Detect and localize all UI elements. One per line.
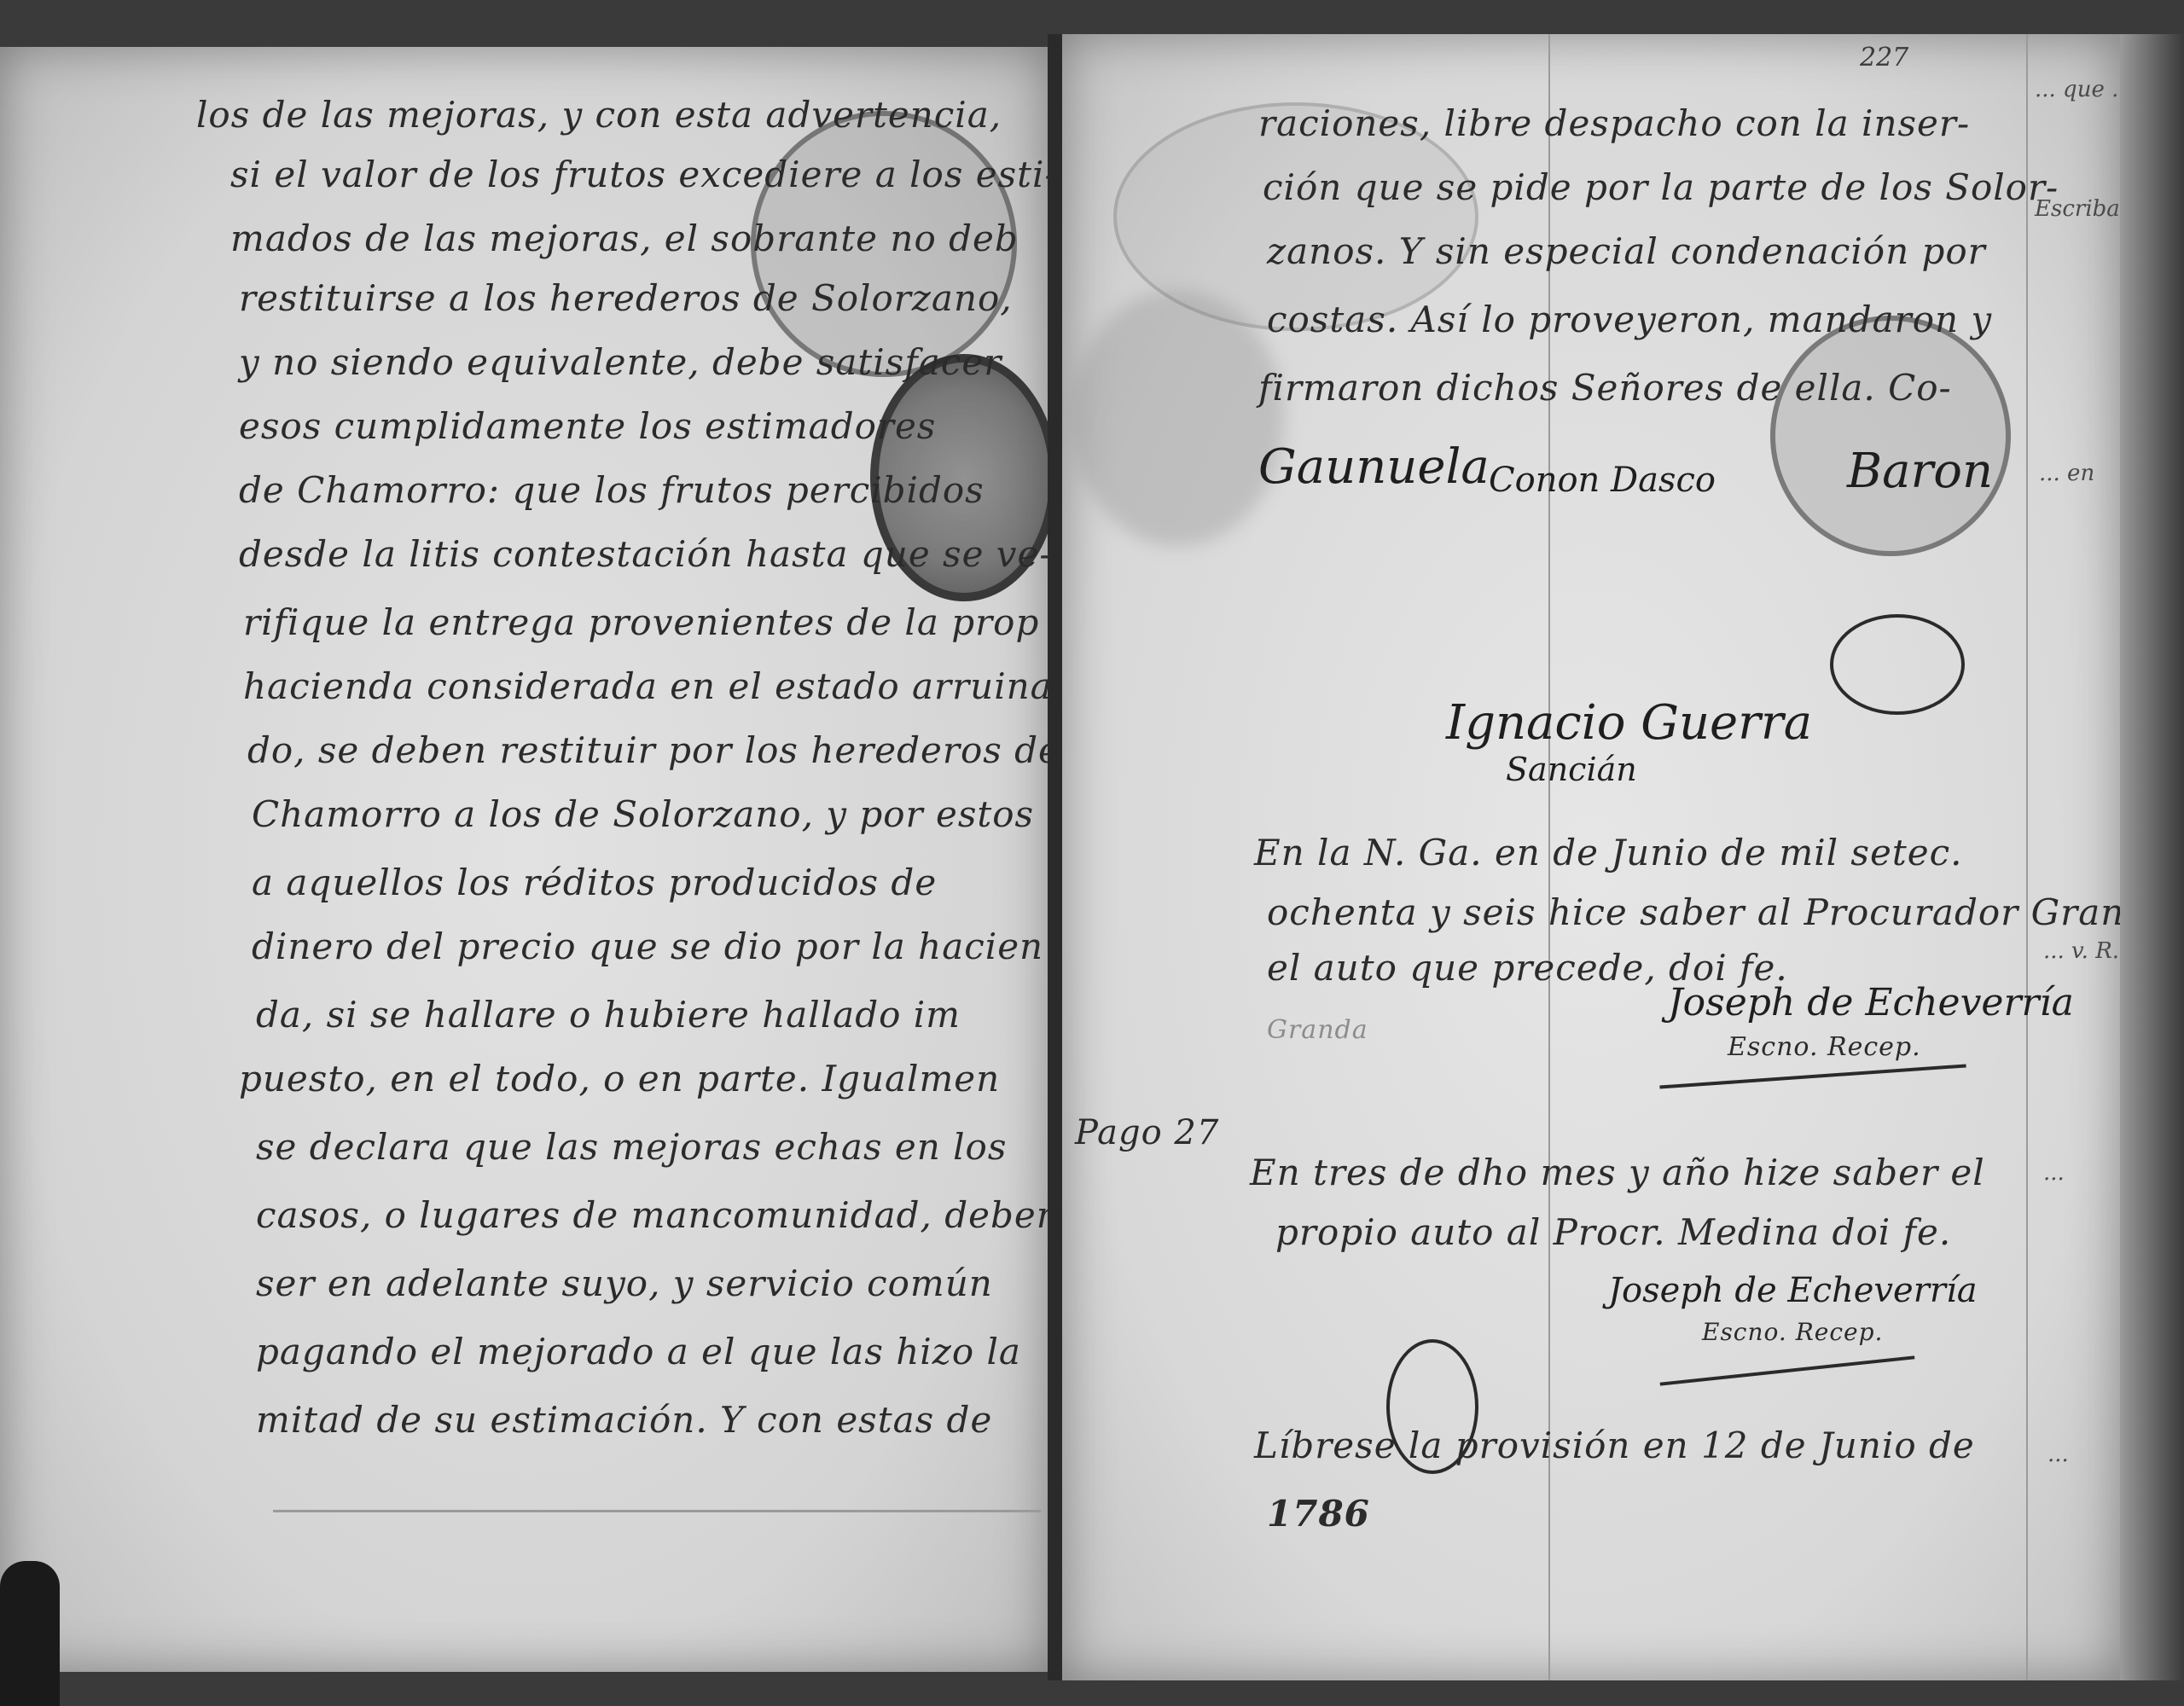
signature-rule xyxy=(1659,1064,1966,1088)
manuscript-line: dinero del precio que se dio por la haci… xyxy=(252,926,1043,967)
manuscript-line: raciones, libre despacho con la inser- xyxy=(1258,102,1970,144)
gutter-note: Pago 27 xyxy=(1075,1113,1219,1152)
stain xyxy=(1071,290,1284,546)
signature: Conon Dasco xyxy=(1489,461,1716,500)
manuscript-line: casos, o lugares de mancomunidad, deben xyxy=(256,1194,1049,1236)
right-page: 227 raciones, libre despacho con la inse… xyxy=(1062,34,2120,1680)
signature: Ignacio Guerra xyxy=(1446,695,1812,751)
manuscript-line: En tres de dho mes y año hize saber el xyxy=(1250,1152,1985,1193)
manuscript-line: desde la litis contestación hasta que se… xyxy=(239,533,1049,575)
margin-note: ... que ... en los ... xyxy=(2035,77,2120,102)
notary-signature: Joseph de Echeverría xyxy=(1608,1271,1978,1310)
seal-stamp xyxy=(1770,316,2011,556)
page-edge xyxy=(2120,34,2184,1680)
left-page: los de las mejoras, y con esta advertenc… xyxy=(0,47,1049,1672)
manuscript-line: puesto, en el todo, o en parte. Igualmen xyxy=(239,1058,1000,1100)
bottom-rule xyxy=(273,1510,1041,1512)
margin-note: Escribanía xyxy=(2035,196,2120,222)
manuscript-line: ción que se pide por la parte de los Sol… xyxy=(1263,166,2059,208)
manuscript-line: ochenta y seis hice saber al Procurador … xyxy=(1267,891,2120,933)
margin-note: ... xyxy=(2047,1442,2069,1467)
manuscript-line: si el valor de los frutos excediere a lo… xyxy=(230,154,1049,195)
signature-rule xyxy=(1660,1355,1915,1385)
manuscript-line: firmaron dichos Señores de ella. Co- xyxy=(1258,367,1952,409)
book-spread: los de las mejoras, y con esta advertenc… xyxy=(0,0,2184,1706)
signature: Baron xyxy=(1847,444,1993,499)
manuscript-line: propio auto al Procr. Medina doi fe. xyxy=(1275,1211,1951,1253)
manuscript-line: rifique la entrega provenientes de la pr… xyxy=(243,601,1039,643)
margin-rule xyxy=(2026,34,2028,1680)
manuscript-line: restituirse a los herederos de Solorzano… xyxy=(239,277,1013,319)
manuscript-line: pagando el mejorado a el que las hizo la xyxy=(256,1331,1021,1372)
manuscript-line: los de las mejoras, y con esta advertenc… xyxy=(196,94,1002,136)
margin-note: ... xyxy=(2043,1160,2065,1186)
signature: Gaunuela xyxy=(1258,439,1490,495)
manuscript-line: esos cumplidamente los estimadores xyxy=(239,405,936,447)
manuscript-line: zanos. Y sin especial condenación por xyxy=(1267,230,1986,272)
manuscript-line: Líbrese la provisión en 12 de Junio de xyxy=(1254,1425,1975,1466)
notary-title: Escno. Recep. xyxy=(1702,1318,1883,1346)
manuscript-line: a aquellos los réditos producidos de xyxy=(252,862,937,903)
manuscript-line: 1786 xyxy=(1267,1493,1370,1535)
page-number: 227 xyxy=(1860,43,1908,73)
manuscript-line: costas. Así lo proveyeron, mandaron y xyxy=(1267,299,1992,340)
manuscript-line: ser en adelante suyo, y servicio común xyxy=(256,1262,993,1304)
signature: Sancián xyxy=(1506,751,1637,788)
manuscript-line: mitad de su estimación. Y con estas de xyxy=(256,1399,992,1441)
margin-note: ... v. R. xyxy=(2043,938,2119,964)
manuscript-line: se declara que las mejoras echas en los xyxy=(256,1126,1007,1168)
manuscript-line: Chamorro a los de Solorzano, y por estos xyxy=(252,793,1034,835)
manuscript-line: do, se deben restituir por los herederos… xyxy=(247,729,1049,771)
manuscript-line: da, si se hallare o hubiere hallado im xyxy=(256,994,961,1036)
manuscript-line: En la N. Ga. en de Junio de mil setec. xyxy=(1254,832,1962,873)
manuscript-line: de Chamorro: que los frutos percibidos xyxy=(239,469,985,511)
manuscript-line: hacienda considerada en el estado arruin… xyxy=(243,665,1049,707)
notary-title: Escno. Recep. xyxy=(1728,1032,1921,1062)
manuscript-line: y no siendo equivalente, debe satisfacer xyxy=(239,341,1002,383)
witness-name: Granda xyxy=(1267,1015,1368,1045)
notary-signature: Joseph de Echeverría xyxy=(1668,981,2074,1024)
manuscript-line: mados de las mejoras, el sobrante no deb xyxy=(230,218,1019,259)
scanner-thumb xyxy=(0,1561,60,1706)
signature-flourish xyxy=(1830,614,1965,715)
margin-note: ... en xyxy=(2039,461,2094,486)
